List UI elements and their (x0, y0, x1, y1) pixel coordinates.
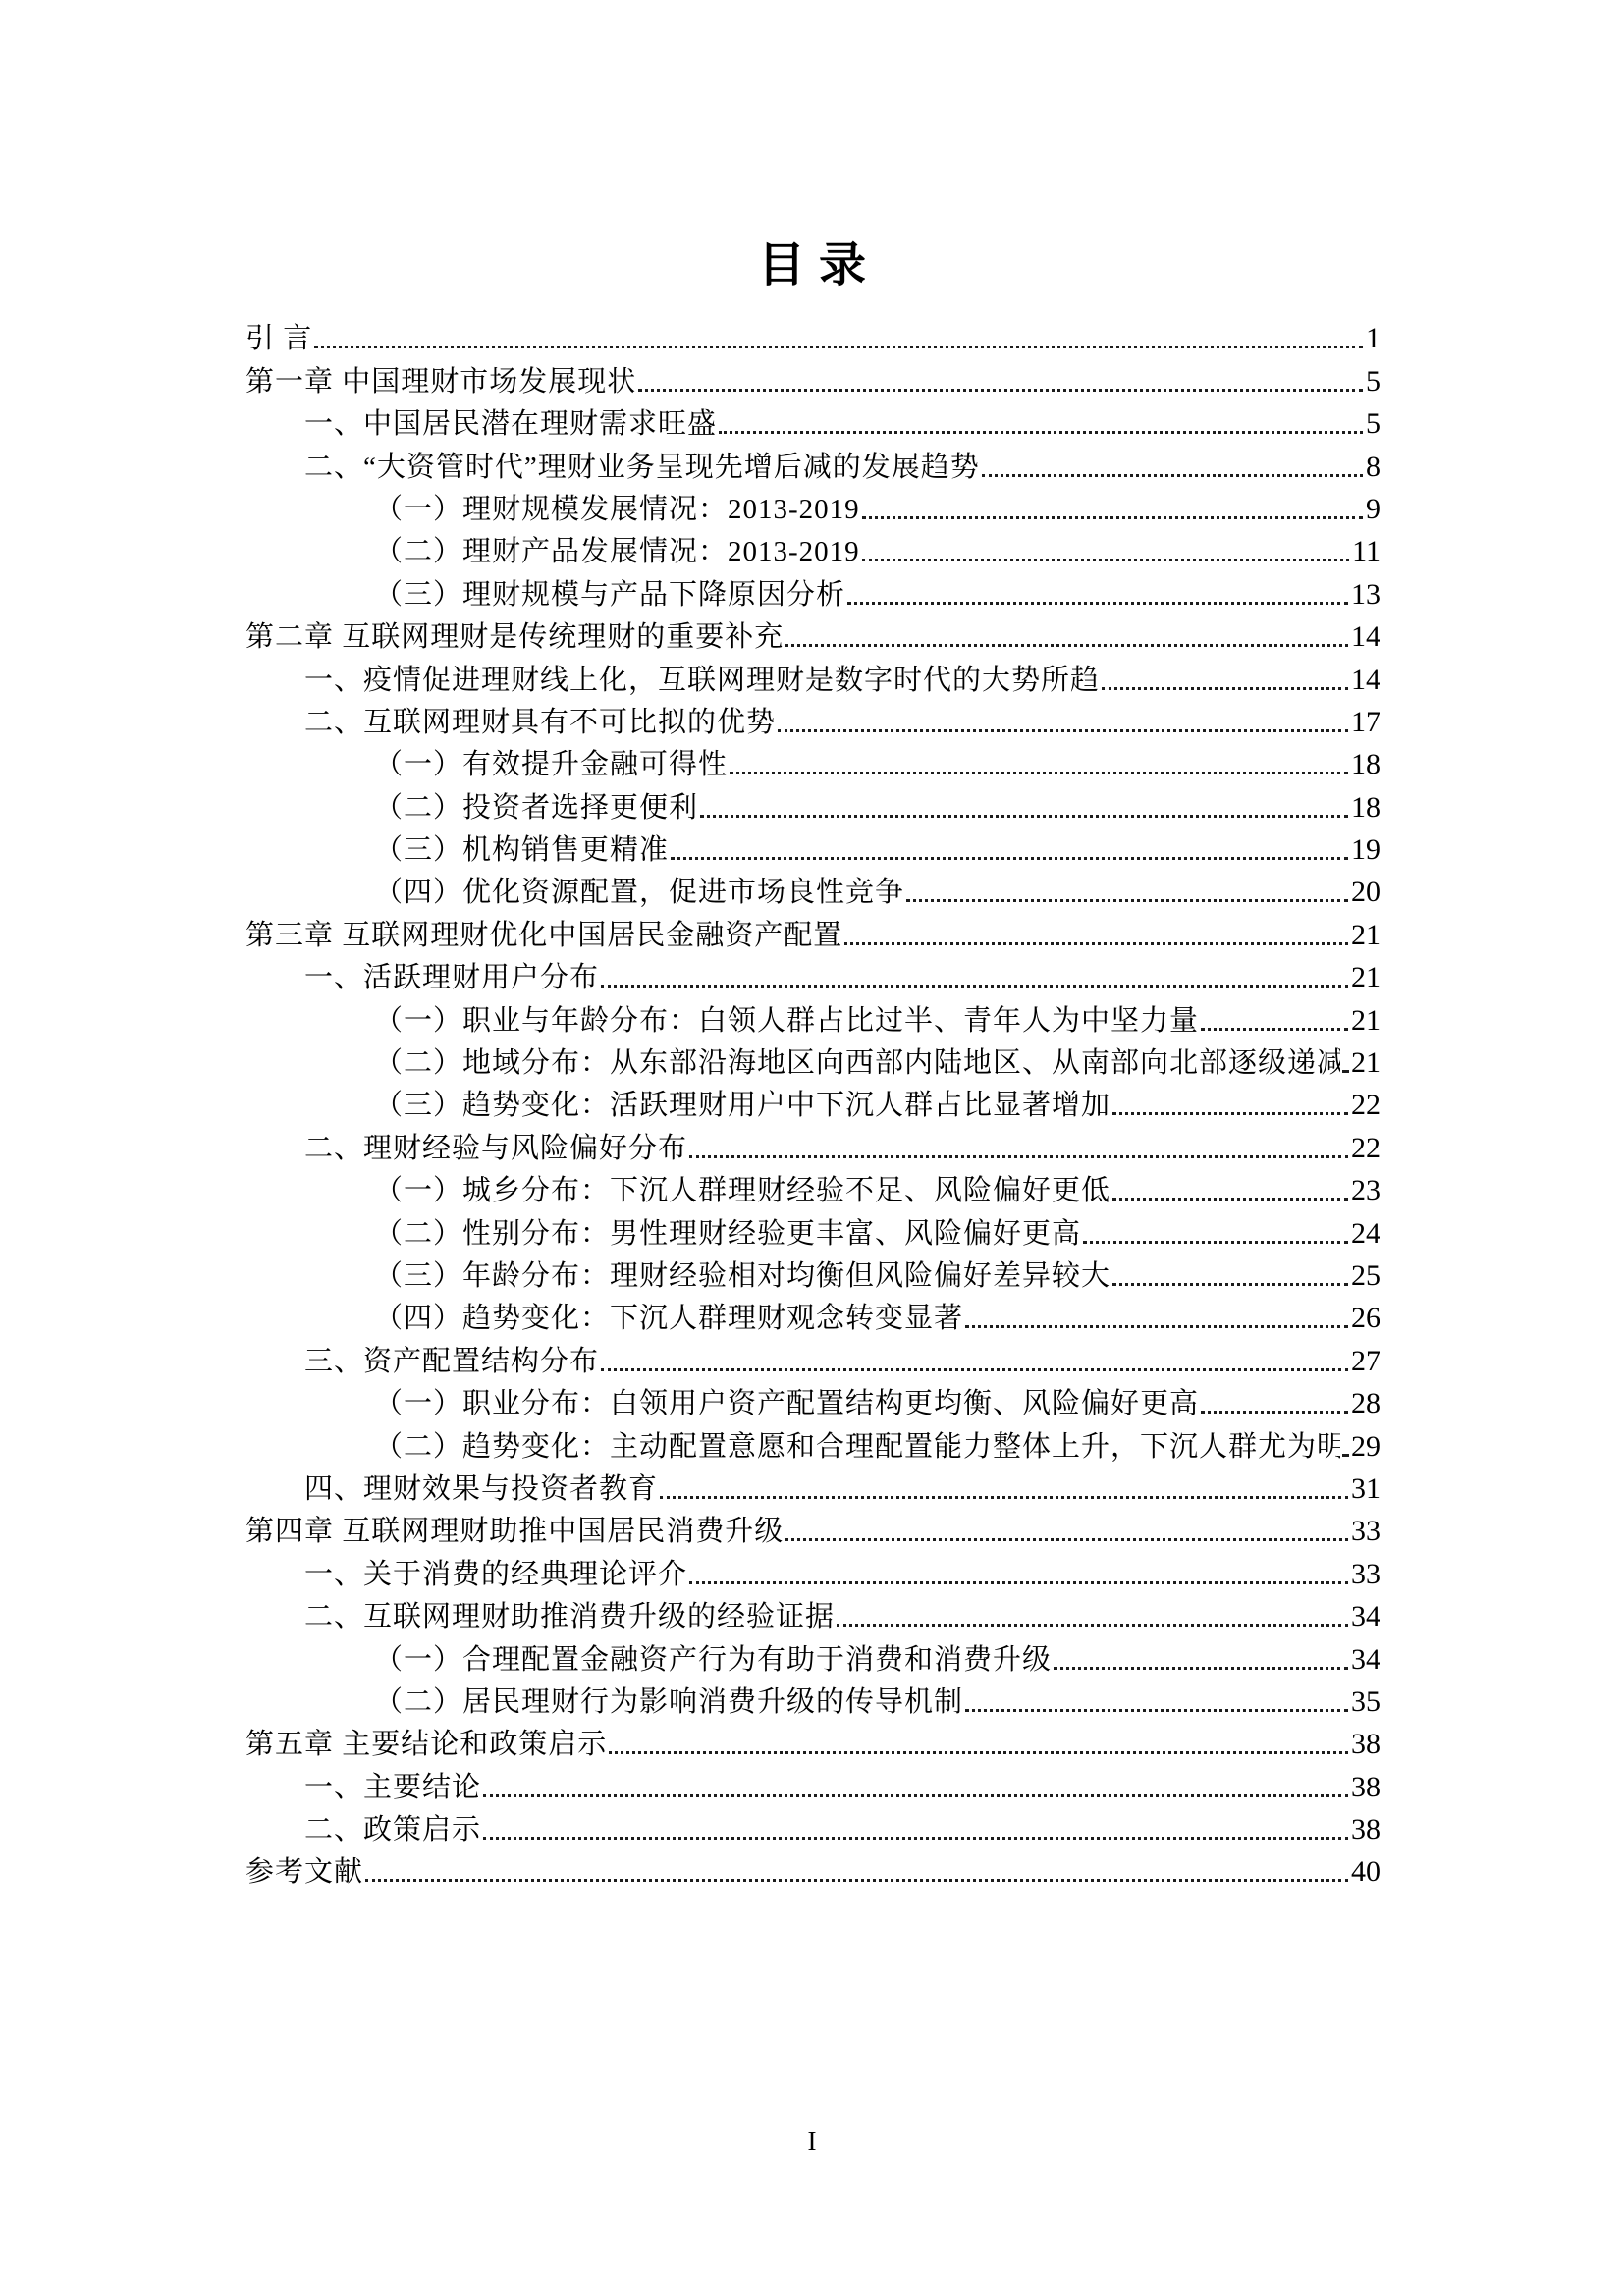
toc-dot-leader (730, 772, 1348, 774)
toc-entry-label: 参考文献 (245, 1854, 363, 1890)
toc-dot-leader (1112, 1112, 1348, 1115)
toc-entry-label: 二、政策启示 (304, 1812, 481, 1847)
toc-entry-label: （二）性别分布：男性理财经验更丰富、风险偏好更高 (374, 1216, 1081, 1252)
toc-entry[interactable]: （二）投资者选择更便利18 (245, 782, 1380, 825)
toc-entry-label: 三、资产配置结构分布 (304, 1344, 599, 1379)
toc-dot-leader (785, 1538, 1348, 1541)
toc-entry[interactable]: 一、活跃理财用户分布21 (245, 953, 1380, 995)
toc-entry-page: 34 (1351, 1642, 1380, 1678)
toc-entry-label: 一、活跃理财用户分布 (304, 960, 599, 995)
toc-entry-label: （二）投资者选择更便利 (374, 790, 698, 826)
toc-dot-leader (483, 1794, 1348, 1797)
toc-dot-leader (1054, 1667, 1348, 1670)
toc-entry[interactable]: 第三章 互联网理财优化中国居民金融资产配置21 (245, 910, 1380, 952)
toc-entry-label: （四）优化资源配置，促进市场良性竞争 (374, 875, 904, 910)
toc-entry-label: （三）趋势变化：活跃理财用户中下沉人群占比显著增加 (374, 1088, 1110, 1123)
toc-entry[interactable]: （四）优化资源配置，促进市场良性竞争20 (245, 868, 1380, 910)
toc-entry-page: 27 (1351, 1344, 1380, 1379)
toc-entry-page: 21 (1351, 1003, 1380, 1039)
toc-entry[interactable]: 一、关于消费的经典理论评介33 (245, 1549, 1380, 1591)
toc-entry-page: 25 (1351, 1258, 1380, 1294)
toc-dot-leader (785, 644, 1348, 647)
toc-entry-label: 第一章 中国理财市场发展现状 (245, 364, 636, 400)
toc-entry-label: 四、理财效果与投资者教育 (304, 1471, 658, 1507)
toc-entry-page: 28 (1351, 1386, 1380, 1421)
toc-entry[interactable]: （三）年龄分布：理财经验相对均衡但风险偏好差异较大25 (245, 1252, 1380, 1294)
toc-entry-label: 一、主要结论 (304, 1770, 481, 1805)
toc-entry[interactable]: 一、疫情促进理财线上化，互联网理财是数字时代的大势所趋14 (245, 655, 1380, 697)
toc-entry-page: 35 (1351, 1684, 1380, 1720)
toc-entry-label: 二、互联网理财具有不可比拟的优势 (304, 705, 776, 740)
toc-dot-leader (689, 1155, 1348, 1158)
toc-entry[interactable]: 三、资产配置结构分布27 (245, 1336, 1380, 1378)
toc-entry-page: 1 (1366, 321, 1380, 356)
toc-entry[interactable]: （二）性别分布：男性理财经验更丰富、风险偏好更高24 (245, 1208, 1380, 1251)
toc-entry-label: （一）职业与年龄分布：白领人群占比过半、青年人为中坚力量 (374, 1003, 1199, 1039)
toc-entry-page: 8 (1366, 450, 1380, 485)
toc-entry-page: 24 (1351, 1216, 1380, 1252)
toc-dot-leader (483, 1837, 1348, 1840)
page-title: 目录 (0, 238, 1624, 294)
toc-entry-label: 第二章 互联网理财是传统理财的重要补充 (245, 619, 784, 655)
toc-entry-page: 29 (1351, 1429, 1380, 1465)
toc-entry[interactable]: （二）地域分布：从东部沿海地区向西部内陆地区、从南部向北部逐级递减21 (245, 1039, 1380, 1081)
toc-entry-label: 一、疫情促进理财线上化，互联网理财是数字时代的大势所趋 (304, 663, 1100, 698)
toc-dot-leader (609, 1751, 1348, 1754)
toc-entry-label: 第五章 主要结论和政策启示 (245, 1727, 607, 1762)
toc-dot-leader (601, 1368, 1348, 1371)
toc-entry[interactable]: （三）趋势变化：活跃理财用户中下沉人群占比显著增加22 (245, 1081, 1380, 1123)
toc-entry[interactable]: （一）职业与年龄分布：白领人群占比过半、青年人为中坚力量21 (245, 995, 1380, 1038)
toc-entry[interactable]: 引 言1 (245, 314, 1380, 356)
toc-dot-leader (862, 516, 1363, 519)
toc-entry-label: （一）理财规模发展情况：2013-2019 (374, 492, 860, 527)
toc-entry-label: （一）城乡分布：下沉人群理财经验不足、风险偏好更低 (374, 1173, 1110, 1208)
toc-entry-label: （三）机构销售更精准 (374, 832, 669, 868)
toc-entry-page: 38 (1351, 1727, 1380, 1762)
toc-entry[interactable]: 四、理财效果与投资者教育31 (245, 1465, 1380, 1507)
toc-entry-page: 34 (1351, 1599, 1380, 1634)
toc-entry[interactable]: 第五章 主要结论和政策启示38 (245, 1720, 1380, 1762)
toc-dot-leader (844, 942, 1348, 945)
toc-entry-label: （四）趋势变化：下沉人群理财观念转变显著 (374, 1301, 963, 1336)
toc-dot-leader (1102, 687, 1348, 690)
toc-dot-leader (1201, 1028, 1348, 1031)
toc-entry[interactable]: 第一章 中国理财市场发展现状5 (245, 356, 1380, 399)
toc-entry-page: 21 (1351, 1045, 1380, 1081)
toc-dot-leader (965, 1709, 1348, 1712)
toc-dot-leader (982, 474, 1363, 477)
toc-entry-label: 第三章 互联网理财优化中国居民金融资产配置 (245, 918, 842, 953)
toc-entry[interactable]: 二、互联网理财具有不可比拟的优势17 (245, 698, 1380, 740)
toc-dot-leader (601, 985, 1348, 988)
toc-entry-label: （二）地域分布：从东部沿海地区向西部内陆地区、从南部向北部逐级递减 (374, 1045, 1340, 1081)
toc-entry-page: 11 (1352, 534, 1380, 569)
toc-entry-page: 20 (1351, 875, 1380, 910)
toc-dot-leader (719, 431, 1363, 434)
toc-entry-label: 二、“大资管时代”理财业务呈现先增后减的发展趋势 (304, 450, 980, 485)
toc-entry[interactable]: （四）趋势变化：下沉人群理财观念转变显著26 (245, 1294, 1380, 1336)
toc-entry-page: 33 (1351, 1557, 1380, 1592)
toc-entry-label: （三）理财规模与产品下降原因分析 (374, 577, 845, 613)
toc-dot-leader (1112, 1198, 1348, 1201)
toc-entry-label: 一、关于消费的经典理论评介 (304, 1557, 687, 1592)
toc-entry-label: 二、理财经验与风险偏好分布 (304, 1131, 687, 1166)
toc-dot-leader (1342, 1454, 1348, 1457)
toc-entry-page: 21 (1351, 960, 1380, 995)
toc-entry[interactable]: （二）趋势变化：主动配置意愿和合理配置能力整体上升，下沉人群尤为明显29 (245, 1421, 1380, 1464)
toc-dot-leader (1112, 1283, 1348, 1286)
toc-entry[interactable]: （一）城乡分布：下沉人群理财经验不足、风险偏好更低23 (245, 1166, 1380, 1208)
toc-entry-page: 31 (1351, 1471, 1380, 1507)
toc-entry-label: 第四章 互联网理财助推中国居民消费升级 (245, 1514, 784, 1549)
toc-entry-label: （一）合理配置金融资产行为有助于消费和消费升级 (374, 1642, 1052, 1678)
toc-entry-page: 18 (1351, 790, 1380, 826)
toc-dot-leader (660, 1496, 1348, 1499)
toc-entry[interactable]: （一）有效提升金融可得性18 (245, 740, 1380, 782)
toc-entry-page: 13 (1351, 577, 1380, 613)
toc-entry-page: 40 (1351, 1854, 1380, 1890)
toc-entry[interactable]: 参考文献40 (245, 1847, 1380, 1890)
toc-entry-label: （二）居民理财行为影响消费升级的传导机制 (374, 1684, 963, 1720)
toc-entry-label: （一）职业分布：白领用户资产配置结构更均衡、风险偏好更高 (374, 1386, 1199, 1421)
toc-entry-page: 14 (1351, 663, 1380, 698)
toc-entry-page: 26 (1351, 1301, 1380, 1336)
toc-entry-page: 14 (1351, 619, 1380, 655)
toc-entry-label: 引 言 (245, 321, 312, 356)
toc-entry[interactable]: （二）居民理财行为影响消费升级的传导机制35 (245, 1678, 1380, 1720)
document-page: 目录 引 言1第一章 中国理财市场发展现状5一、中国居民潜在理财需求旺盛5二、“… (0, 0, 1624, 2296)
toc-entry-page: 38 (1351, 1770, 1380, 1805)
toc-entry-page: 5 (1366, 406, 1380, 442)
toc-entry[interactable]: 第四章 互联网理财助推中国居民消费升级33 (245, 1507, 1380, 1549)
toc-entry-page: 22 (1351, 1131, 1380, 1166)
toc-entry[interactable]: （三）理财规模与产品下降原因分析13 (245, 569, 1380, 612)
toc-entry[interactable]: （三）机构销售更精准19 (245, 826, 1380, 868)
toc-dot-leader (965, 1325, 1348, 1328)
toc-dot-leader (906, 899, 1348, 902)
toc-entry[interactable]: 二、理财经验与风险偏好分布22 (245, 1123, 1380, 1165)
toc-dot-leader (1342, 1070, 1348, 1073)
toc-entry[interactable]: 一、主要结论38 (245, 1762, 1380, 1804)
toc-dot-leader (314, 346, 1363, 348)
toc-entry-label: 二、互联网理财助推消费升级的经验证据 (304, 1599, 835, 1634)
toc-entry[interactable]: 二、“大资管时代”理财业务呈现先增后减的发展趋势8 (245, 442, 1380, 484)
toc-dot-leader (689, 1581, 1348, 1584)
toc-entry-label: （三）年龄分布：理财经验相对均衡但风险偏好差异较大 (374, 1258, 1110, 1294)
toc-entry-page: 9 (1366, 492, 1380, 527)
toc-dot-leader (365, 1879, 1348, 1882)
toc-entry-page: 38 (1351, 1812, 1380, 1847)
toc-entry-page: 23 (1351, 1173, 1380, 1208)
toc-entry-page: 33 (1351, 1514, 1380, 1549)
toc-entry-label: （一）有效提升金融可得性 (374, 747, 728, 782)
toc-dot-leader (671, 857, 1348, 860)
toc-dot-leader (778, 729, 1348, 732)
toc-entry[interactable]: （一）合理配置金融资产行为有助于消费和消费升级34 (245, 1634, 1380, 1677)
toc-dot-leader (847, 602, 1348, 605)
toc-entry-label: （二）理财产品发展情况：2013-2019 (374, 534, 860, 569)
toc-list: 引 言1第一章 中国理财市场发展现状5一、中国居民潜在理财需求旺盛5二、“大资管… (245, 314, 1380, 1890)
footer-page-number: I (0, 2126, 1624, 2156)
toc-entry[interactable]: 二、互联网理财助推消费升级的经验证据34 (245, 1592, 1380, 1634)
toc-entry-page: 19 (1351, 832, 1380, 868)
toc-entry-page: 17 (1351, 705, 1380, 740)
toc-entry[interactable]: （一）理财规模发展情况：2013-20199 (245, 485, 1380, 527)
toc-entry-page: 5 (1366, 364, 1380, 400)
toc-entry-label: （二）趋势变化：主动配置意愿和合理配置能力整体上升，下沉人群尤为明显 (374, 1429, 1340, 1465)
toc-dot-leader (837, 1624, 1348, 1627)
toc-dot-leader (638, 389, 1363, 392)
toc-dot-leader (862, 559, 1349, 561)
toc-entry[interactable]: （二）理财产品发展情况：2013-201911 (245, 527, 1380, 569)
toc-entry[interactable]: 一、中国居民潜在理财需求旺盛5 (245, 400, 1380, 442)
toc-entry-page: 18 (1351, 747, 1380, 782)
toc-entry-label: 一、中国居民潜在理财需求旺盛 (304, 406, 717, 442)
toc-entry-page: 22 (1351, 1088, 1380, 1123)
toc-entry[interactable]: 第二章 互联网理财是传统理财的重要补充14 (245, 613, 1380, 655)
toc-dot-leader (1083, 1241, 1348, 1244)
toc-entry[interactable]: 二、政策启示38 (245, 1805, 1380, 1847)
toc-dot-leader (1201, 1411, 1348, 1414)
toc-entry[interactable]: （一）职业分布：白领用户资产配置结构更均衡、风险偏好更高28 (245, 1379, 1380, 1421)
toc-dot-leader (700, 815, 1348, 818)
toc-entry-page: 21 (1351, 918, 1380, 953)
